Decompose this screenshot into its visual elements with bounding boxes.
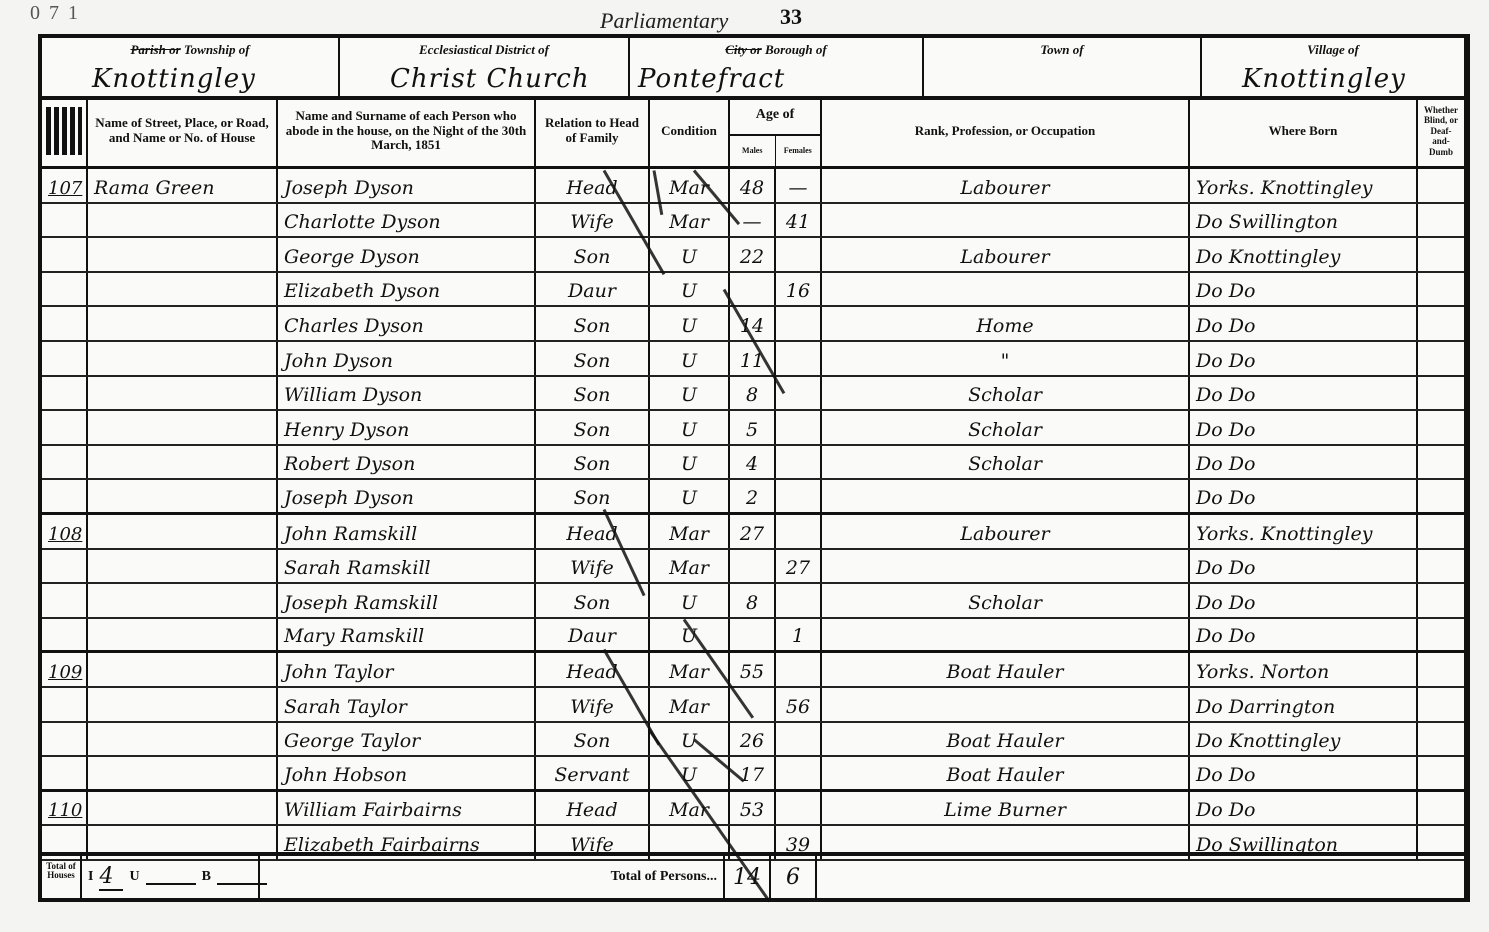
where-born-cell: Do Swillington <box>1190 204 1418 237</box>
table-row: George TaylorSonU26Boat HaulerDo Knottin… <box>42 723 1464 758</box>
parish-value: Knottingley <box>92 64 256 94</box>
totals-blank <box>817 856 1464 898</box>
where-born-cell: Do Do <box>1190 411 1418 444</box>
where-born-cell: Do Darrington <box>1190 688 1418 721</box>
where-born-cell: Yorks. Knottingley <box>1190 515 1418 548</box>
name-cell: Charlotte Dyson <box>278 204 536 237</box>
schedule-cell <box>42 377 88 410</box>
occupation-cell <box>822 619 1190 651</box>
female-age-cell: 16 <box>776 273 822 306</box>
condition-cell: Mar <box>650 550 730 583</box>
table-row: Joseph DysonSonU2Do Do <box>42 480 1464 515</box>
where-born-cell: Do Do <box>1190 619 1418 651</box>
occupation-cell: Boat Hauler <box>822 757 1190 789</box>
name-cell: George Dyson <box>278 238 536 271</box>
city-value: Pontefract <box>638 64 785 94</box>
col-occupation: Rank, Profession, or Occupation <box>822 96 1190 166</box>
male-age-cell <box>730 273 776 306</box>
schedule-cell <box>42 688 88 721</box>
female-age-cell <box>776 723 822 756</box>
blind-deaf-cell <box>1418 792 1464 825</box>
occupation-cell <box>822 273 1190 306</box>
schedule-cell <box>42 342 88 375</box>
schedule-cell: 110 <box>42 792 88 825</box>
occupation-cell: Labourer <box>822 238 1190 271</box>
district-header: Parish or Township of Knottingley Eccles… <box>42 38 1464 100</box>
inhabited-prefix: I <box>88 869 93 885</box>
blind-deaf-cell <box>1418 307 1464 340</box>
relation-cell: Son <box>536 238 650 271</box>
street-cell <box>88 757 278 789</box>
where-born-cell: Do Do <box>1190 377 1418 410</box>
street-cell <box>88 204 278 237</box>
table-row: 108John RamskillHeadMar27LabourerYorks. … <box>42 515 1464 550</box>
name-cell: John Dyson <box>278 342 536 375</box>
street-cell <box>88 515 278 548</box>
street-cell <box>88 688 278 721</box>
name-cell: William Dyson <box>278 377 536 410</box>
occupation-cell: Scholar <box>822 584 1190 617</box>
relation-cell: Head <box>536 792 650 825</box>
corner-mark: 0 7 1 <box>30 2 80 25</box>
relation-cell: Son <box>536 446 650 479</box>
table-row: John HobsonServantU17Boat HaulerDo Do <box>42 757 1464 792</box>
street-cell <box>88 377 278 410</box>
table-row: John DysonSonU11"Do Do <box>42 342 1464 377</box>
street-cell <box>88 446 278 479</box>
relation-cell: Servant <box>536 757 650 789</box>
table-row: Joseph RamskillSonU8ScholarDo Do <box>42 584 1464 619</box>
table-row: Elizabeth DysonDaurU16Do Do <box>42 273 1464 308</box>
schedule-cell <box>42 723 88 756</box>
relation-cell: Son <box>536 411 650 444</box>
blind-deaf-cell <box>1418 377 1464 410</box>
condition-cell: U <box>650 584 730 617</box>
table-row: 109John TaylorHeadMar55Boat HaulerYorks.… <box>42 653 1464 688</box>
where-born-cell: Do Do <box>1190 550 1418 583</box>
female-age-cell <box>776 792 822 825</box>
female-age-cell <box>776 653 822 686</box>
male-age-cell: 5 <box>730 411 776 444</box>
blind-deaf-cell <box>1418 757 1464 789</box>
female-age-cell: 1 <box>776 619 822 651</box>
table-row: William DysonSonU8ScholarDo Do <box>42 377 1464 412</box>
where-born-cell: Yorks. Norton <box>1190 653 1418 686</box>
folio-number: 33 <box>780 4 802 30</box>
building-prefix: B <box>202 869 211 885</box>
relation-cell: Son <box>536 342 650 375</box>
parish-label: Township of <box>184 42 250 57</box>
condition-cell: U <box>650 480 730 512</box>
blind-deaf-cell <box>1418 688 1464 721</box>
street-cell <box>88 653 278 686</box>
blind-deaf-cell <box>1418 169 1464 202</box>
name-cell: William Fairbairns <box>278 792 536 825</box>
age-heading: Age of <box>730 96 820 136</box>
male-age-cell: 27 <box>730 515 776 548</box>
street-cell <box>88 342 278 375</box>
col-schedule <box>42 96 88 166</box>
occupation-cell <box>822 480 1190 512</box>
female-age-cell <box>776 238 822 271</box>
census-sheet: Parish or Township of Knottingley Eccles… <box>38 34 1470 902</box>
relation-cell: Son <box>536 307 650 340</box>
female-age-cell: 56 <box>776 688 822 721</box>
village-cell: Village of Knottingley <box>1202 38 1464 96</box>
name-cell: John Taylor <box>278 653 536 686</box>
relation-cell: Son <box>536 723 650 756</box>
age-males-heading: Males <box>730 136 776 166</box>
name-cell: Charles Dyson <box>278 307 536 340</box>
uninhabited-count <box>146 869 196 885</box>
age-females-heading: Females <box>776 136 821 166</box>
female-age-cell <box>776 757 822 789</box>
condition-cell: U <box>650 446 730 479</box>
female-age-cell: — <box>776 169 822 202</box>
schedule-cell <box>42 757 88 789</box>
occupation-cell: Scholar <box>822 377 1190 410</box>
relation-cell: Son <box>536 377 650 410</box>
male-age-cell: 48 <box>730 169 776 202</box>
total-houses: I 4 U B <box>82 856 260 898</box>
condition-cell: U <box>650 619 730 651</box>
schedule-cell <box>42 273 88 306</box>
where-born-cell: Do Do <box>1190 446 1418 479</box>
blind-deaf-cell <box>1418 619 1464 651</box>
occupation-cell: Scholar <box>822 411 1190 444</box>
where-born-cell: Do Do <box>1190 342 1418 375</box>
name-cell: Elizabeth Dyson <box>278 273 536 306</box>
schedule-cell <box>42 204 88 237</box>
occupation-cell: Boat Hauler <box>822 653 1190 686</box>
female-age-cell: 27 <box>776 550 822 583</box>
parish-label-struck: Parish or <box>130 42 180 57</box>
street-cell <box>88 723 278 756</box>
name-cell: John Hobson <box>278 757 536 789</box>
male-age-cell: 8 <box>730 584 776 617</box>
where-born-cell: Do Do <box>1190 307 1418 340</box>
schedule-cell <box>42 446 88 479</box>
street-cell <box>88 584 278 617</box>
street-cell <box>88 307 278 340</box>
schedule-cell <box>42 550 88 583</box>
blind-deaf-cell <box>1418 342 1464 375</box>
occupation-cell: " <box>822 342 1190 375</box>
male-age-cell <box>730 619 776 651</box>
female-age-cell: 41 <box>776 204 822 237</box>
village-value: Knottingley <box>1242 64 1406 94</box>
street-cell <box>88 550 278 583</box>
schedule-cell <box>42 619 88 651</box>
female-age-cell <box>776 584 822 617</box>
name-cell: George Taylor <box>278 723 536 756</box>
condition-cell: Mar <box>650 688 730 721</box>
street-cell: Rama Green <box>88 169 278 202</box>
street-cell <box>88 273 278 306</box>
col-relation: Relation to Head of Family <box>536 96 650 166</box>
where-born-cell: Do Do <box>1190 480 1418 512</box>
occupation-cell: Labourer <box>822 169 1190 202</box>
condition-cell: U <box>650 307 730 340</box>
female-age-cell <box>776 342 822 375</box>
female-age-cell <box>776 480 822 512</box>
occupation-cell: Scholar <box>822 446 1190 479</box>
where-born-cell: Do Do <box>1190 792 1418 825</box>
blind-deaf-cell <box>1418 480 1464 512</box>
name-cell: Joseph Dyson <box>278 480 536 512</box>
parish-cell: Parish or Township of Knottingley <box>42 38 340 96</box>
schedule-cell: 108 <box>42 515 88 548</box>
condition-cell: U <box>650 238 730 271</box>
table-row: Sarah RamskillWifeMar27Do Do <box>42 550 1464 585</box>
condition-cell: U <box>650 342 730 375</box>
female-age-cell <box>776 411 822 444</box>
ecclesiastical-cell: Ecclesiastical District of Christ Church <box>340 38 630 96</box>
col-street: Name of Street, Place, or Road, and Name… <box>88 96 278 166</box>
ecclesiastical-value: Christ Church <box>390 64 590 94</box>
female-age-cell <box>776 446 822 479</box>
street-cell <box>88 619 278 651</box>
table-row: Henry DysonSonU5ScholarDo Do <box>42 411 1464 446</box>
village-label: Village of <box>1202 42 1464 58</box>
male-age-cell: 26 <box>730 723 776 756</box>
city-label: Borough of <box>765 42 827 57</box>
relation-cell: Daur <box>536 619 650 651</box>
male-age-cell: 55 <box>730 653 776 686</box>
total-females: 6 <box>771 856 817 898</box>
where-born-cell: Do Knottingley <box>1190 723 1418 756</box>
relation-cell: Head <box>536 515 650 548</box>
where-born-cell: Yorks. Knottingley <box>1190 169 1418 202</box>
street-cell <box>88 480 278 512</box>
total-persons-label: Total of Persons... <box>260 856 725 898</box>
col-name: Name and Surname of each Person who abod… <box>278 96 536 166</box>
where-born-cell: Do Do <box>1190 757 1418 789</box>
schedule-cell <box>42 584 88 617</box>
uninhabited-prefix: U <box>129 869 139 885</box>
table-row: Mary RamskillDaurU1Do Do <box>42 619 1464 654</box>
ecclesiastical-label: Ecclesiastical District of <box>340 42 628 58</box>
name-cell: Sarah Ramskill <box>278 550 536 583</box>
male-age-cell <box>730 550 776 583</box>
name-cell: Robert Dyson <box>278 446 536 479</box>
col-where-born: Where Born <box>1190 96 1418 166</box>
occupation-cell <box>822 688 1190 721</box>
street-cell <box>88 411 278 444</box>
relation-cell: Head <box>536 653 650 686</box>
where-born-cell: Do Do <box>1190 584 1418 617</box>
name-cell: Mary Ramskill <box>278 619 536 651</box>
town-cell: Town of <box>924 38 1202 96</box>
name-cell: Sarah Taylor <box>278 688 536 721</box>
condition-cell: Mar <box>650 792 730 825</box>
schedule-cell: 109 <box>42 653 88 686</box>
relation-cell: Son <box>536 584 650 617</box>
female-age-cell <box>776 515 822 548</box>
name-cell: Joseph Dyson <box>278 169 536 202</box>
street-cell <box>88 238 278 271</box>
table-row: 110William FairbairnsHeadMar53Lime Burne… <box>42 792 1464 827</box>
schedule-cell: 107 <box>42 169 88 202</box>
schedule-cell <box>42 411 88 444</box>
male-age-cell: 22 <box>730 238 776 271</box>
total-houses-label: Total of Houses <box>42 856 82 898</box>
schedule-cell <box>42 480 88 512</box>
schedule-cell <box>42 238 88 271</box>
occupation-cell: Boat Hauler <box>822 723 1190 756</box>
blind-deaf-cell <box>1418 273 1464 306</box>
table-row: Robert DysonSonU4ScholarDo Do <box>42 446 1464 481</box>
condition-cell: U <box>650 273 730 306</box>
col-condition: Condition <box>650 96 730 166</box>
male-age-cell: 8 <box>730 377 776 410</box>
town-label: Town of <box>924 42 1200 58</box>
city-label-struck: City or <box>725 42 761 57</box>
blind-deaf-cell <box>1418 238 1464 271</box>
name-cell: John Ramskill <box>278 515 536 548</box>
top-note: Parliamentary <box>600 8 728 34</box>
occupation-cell <box>822 204 1190 237</box>
blind-deaf-cell <box>1418 411 1464 444</box>
relation-cell: Daur <box>536 273 650 306</box>
where-born-cell: Do Knottingley <box>1190 238 1418 271</box>
city-cell: City or Borough of Pontefract <box>630 38 924 96</box>
condition-cell: Mar <box>650 515 730 548</box>
table-row: 107Rama GreenJoseph DysonHeadMar48—Labou… <box>42 169 1464 204</box>
relation-cell: Head <box>536 169 650 202</box>
census-rows: 107Rama GreenJoseph DysonHeadMar48—Labou… <box>42 169 1464 861</box>
blind-deaf-cell <box>1418 584 1464 617</box>
condition-cell: U <box>650 411 730 444</box>
occupation-cell <box>822 550 1190 583</box>
schedule-heading-mark <box>46 107 82 155</box>
name-cell: Joseph Ramskill <box>278 584 536 617</box>
column-headers: Name of Street, Place, or Road, and Name… <box>42 96 1464 169</box>
blind-deaf-cell <box>1418 550 1464 583</box>
col-blind-deaf: Whether Blind, or Deaf-and-Dumb <box>1418 96 1464 166</box>
blind-deaf-cell <box>1418 446 1464 479</box>
name-cell: Henry Dyson <box>278 411 536 444</box>
male-age-cell: 2 <box>730 480 776 512</box>
occupation-cell: Lime Burner <box>822 792 1190 825</box>
relation-cell: Wife <box>536 550 650 583</box>
condition-cell: U <box>650 377 730 410</box>
blind-deaf-cell <box>1418 653 1464 686</box>
schedule-cell <box>42 307 88 340</box>
blind-deaf-cell <box>1418 515 1464 548</box>
inhabited-count: 4 <box>99 864 123 891</box>
col-age: Age of Males Females <box>730 96 822 166</box>
female-age-cell <box>776 307 822 340</box>
male-age-cell: 4 <box>730 446 776 479</box>
blind-deaf-cell <box>1418 204 1464 237</box>
male-age-cell: 53 <box>730 792 776 825</box>
relation-cell: Son <box>536 480 650 512</box>
street-cell <box>88 792 278 825</box>
occupation-cell: Home <box>822 307 1190 340</box>
occupation-cell: Labourer <box>822 515 1190 548</box>
table-row: Charlotte DysonWifeMar—41Do Swillington <box>42 204 1464 239</box>
where-born-cell: Do Do <box>1190 273 1418 306</box>
blind-deaf-cell <box>1418 723 1464 756</box>
table-row: George DysonSonU22LabourerDo Knottingley <box>42 238 1464 273</box>
